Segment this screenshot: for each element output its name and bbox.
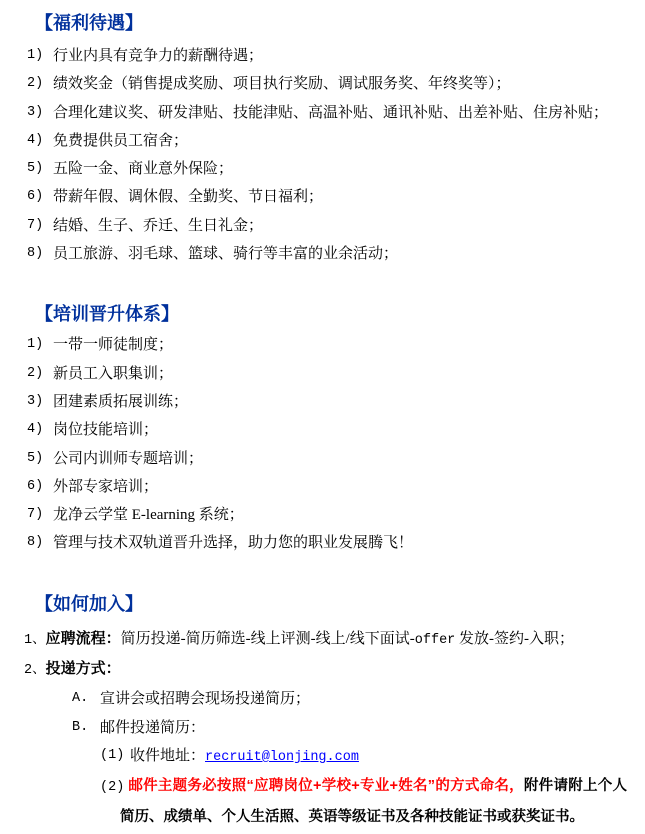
email-delivery-line: B.邮件投递简历： xyxy=(0,714,645,742)
line-paren-number: (1) xyxy=(100,742,130,772)
application-flow-line: 1、应聘流程：简历投递-简历筛选-线上评测-线上/线下面试-offer 发放-签… xyxy=(0,625,645,655)
how-to-join-block: 1、应聘流程：简历投递-简历筛选-线上评测-线上/线下面试-offer 发放-签… xyxy=(0,625,645,831)
section-title-training: 【培训晋升体系】 xyxy=(35,303,645,325)
recruitment-document: 【福利待遇】 1)行业内具有竞争力的薪酬待遇； 2)绩效奖金（销售提成奖励、项目… xyxy=(0,0,645,834)
flow-text-pre: 简历投递-简历筛选-线上评测-线上/线下面试- xyxy=(121,631,415,647)
section-title-how-to-join: 【如何加入】 xyxy=(35,593,645,615)
item-text: 岗位技能培训； xyxy=(53,416,645,444)
item-number: 3) xyxy=(27,388,53,416)
list-item: 5)公司内训师专题培训； xyxy=(0,445,645,473)
list-item: 4)免费提供员工宿舍； xyxy=(0,127,645,155)
section-title-benefits: 【福利待遇】 xyxy=(35,0,645,34)
item-number: 1) xyxy=(27,331,53,359)
flow-label: 应聘流程： xyxy=(46,631,121,647)
item-text: 员工旅游、羽毛球、篮球、骑行等丰富的业余活动； xyxy=(53,240,645,268)
delivery-label: 投递方式： xyxy=(46,661,121,677)
line-paren-number: (2) xyxy=(100,780,124,795)
item-number: 6) xyxy=(27,183,53,211)
item-text: 外部专家培训； xyxy=(53,473,645,501)
item-text: 五险一金、商业意外保险； xyxy=(53,155,645,183)
list-item: 6)外部专家培训； xyxy=(0,473,645,501)
list-item: 3)团建素质拓展训练； xyxy=(0,388,645,416)
onsite-text: 宣讲会或招聘会现场投递简历； xyxy=(100,685,310,713)
item-text: 团建素质拓展训练； xyxy=(53,388,645,416)
list-item: 1)行业内具有竞争力的薪酬待遇； xyxy=(0,42,645,70)
item-number: 2) xyxy=(27,360,53,388)
line-letter: B. xyxy=(72,714,100,742)
item-number: 4) xyxy=(27,416,53,444)
recipient-address-line: (1)收件地址：recruit@lonjing.com xyxy=(0,742,645,772)
item-text: 管理与技术双轨道晋升选择，助力您的职业发展腾飞！ xyxy=(53,529,645,557)
list-item: 5)五险一金、商业意外保险； xyxy=(0,155,645,183)
list-item: 6)带薪年假、调休假、全勤奖、节日福利； xyxy=(0,183,645,211)
item-text: 免费提供员工宿舍； xyxy=(53,127,645,155)
list-item: 2)绩效奖金（销售提成奖励、项目执行奖励、调试服务奖、年终奖等）； xyxy=(0,70,645,98)
list-item: 7)龙净云学堂 E-learning 系统； xyxy=(0,501,645,529)
recruit-email-link[interactable]: recruit@lonjing.com xyxy=(205,750,359,765)
training-list: 1)一带一师徒制度； 2)新员工入职集训； 3)团建素质拓展训练； 4)岗位技能… xyxy=(0,331,645,557)
item-number: 3) xyxy=(27,99,53,127)
item-text: 带薪年假、调休假、全勤奖、节日福利； xyxy=(53,183,645,211)
item-number: 8) xyxy=(27,240,53,268)
delivery-method-line: 2、投递方式： xyxy=(0,655,645,685)
item-text: 合理化建议奖、研发津贴、技能津贴、高温补贴、通讯补贴、出差补贴、住房补贴； xyxy=(53,99,645,127)
item-number: 2) xyxy=(27,70,53,98)
email-text: 邮件投递简历： xyxy=(100,714,205,742)
line-number: 1、 xyxy=(24,633,46,648)
list-item: 7)结婚、生子、乔迁、生日礼金； xyxy=(0,212,645,240)
line-number: 2、 xyxy=(24,663,46,678)
list-item: 8)员工旅游、羽毛球、篮球、骑行等丰富的业余活动； xyxy=(0,240,645,268)
item-text: 新员工入职集训； xyxy=(53,360,645,388)
item-number: 5) xyxy=(27,445,53,473)
item-text: 龙净云学堂 E-learning 系统； xyxy=(53,501,645,529)
item-number: 5) xyxy=(27,155,53,183)
item-text: 一带一师徒制度； xyxy=(53,331,645,359)
flow-offer-word: offer xyxy=(415,633,456,648)
flow-text-post: 发放-签约-入职； xyxy=(455,631,574,647)
item-text: 结婚、生子、乔迁、生日礼金； xyxy=(53,212,645,240)
item-text: 绩效奖金（销售提成奖励、项目执行奖励、调试服务奖、年终奖等）； xyxy=(53,70,645,98)
address-label: 收件地址： xyxy=(130,748,205,764)
benefits-list: 1)行业内具有竞争力的薪酬待遇； 2)绩效奖金（销售提成奖励、项目执行奖励、调试… xyxy=(0,42,645,268)
item-number: 1) xyxy=(27,42,53,70)
email-subject-rule-line: (2) 邮件主题务必按照“应聘岗位+学校+专业+姓名”的方式命名，附件请附上个人… xyxy=(0,772,645,831)
item-number: 6) xyxy=(27,473,53,501)
item-number: 7) xyxy=(27,501,53,529)
address-label-wrap: 收件地址：recruit@lonjing.com xyxy=(130,742,359,772)
onsite-delivery-line: A.宣讲会或招聘会现场投递简历； xyxy=(0,685,645,713)
line-letter: A. xyxy=(72,685,100,713)
list-item: 8)管理与技术双轨道晋升选择，助力您的职业发展腾飞！ xyxy=(0,529,645,557)
item-text: 行业内具有竞争力的薪酬待遇； xyxy=(53,42,645,70)
item-number: 7) xyxy=(27,212,53,240)
item-number: 4) xyxy=(27,127,53,155)
list-item: 2)新员工入职集训； xyxy=(0,360,645,388)
list-item: 4)岗位技能培训； xyxy=(0,416,645,444)
item-number: 8) xyxy=(27,529,53,557)
subject-rule-red-text: 邮件主题务必按照“应聘岗位+学校+专业+姓名”的方式命名， xyxy=(128,778,524,794)
list-item: 1)一带一师徒制度； xyxy=(0,331,645,359)
item-text: 公司内训师专题培训； xyxy=(53,445,645,473)
list-item: 3)合理化建议奖、研发津贴、技能津贴、高温补贴、通讯补贴、出差补贴、住房补贴； xyxy=(0,99,645,127)
